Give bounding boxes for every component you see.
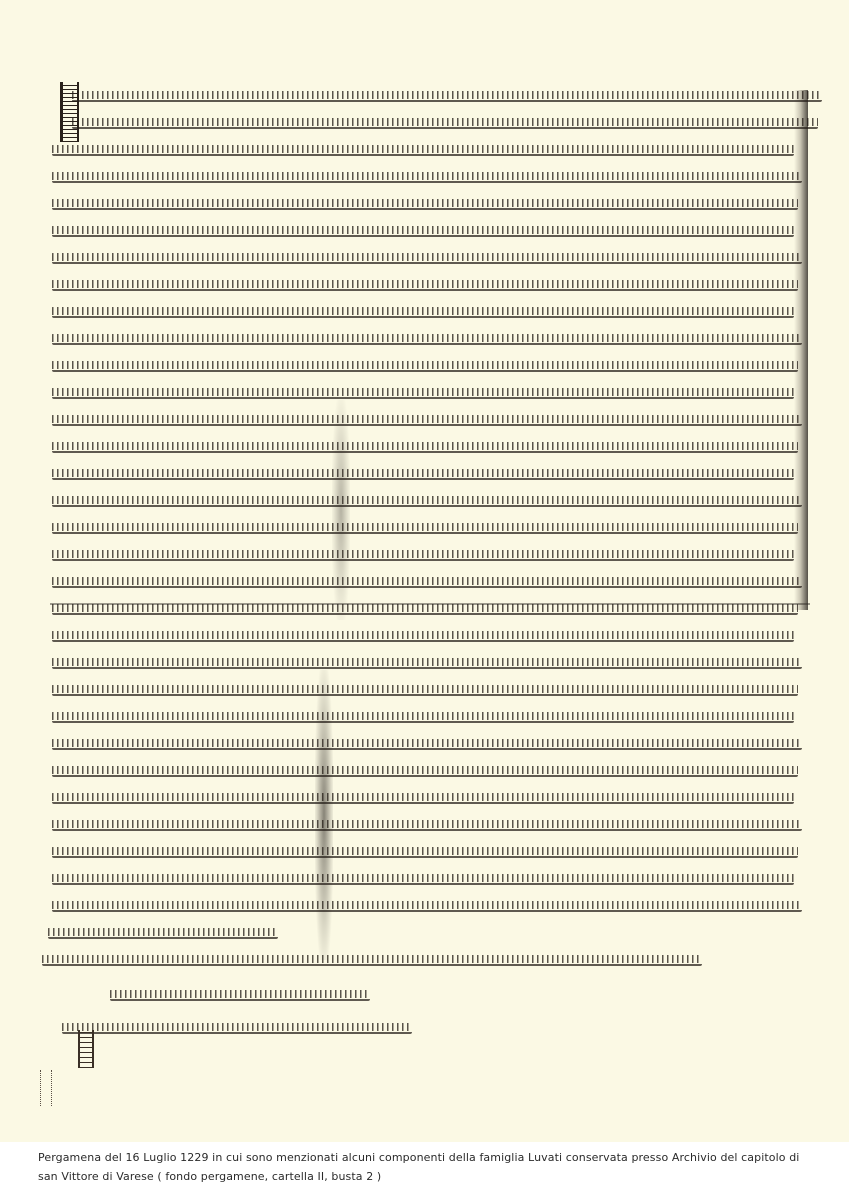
handwritten-line [48, 927, 278, 939]
handwritten-line [52, 819, 802, 831]
handwritten-line [72, 117, 818, 129]
handwritten-line [52, 144, 794, 156]
parchment-image [40, 70, 808, 1080]
manuscript-plate [0, 0, 849, 1142]
handwritten-line [42, 954, 702, 966]
handwritten-line [52, 738, 802, 750]
handwritten-line [52, 684, 798, 696]
handwritten-line [52, 252, 802, 264]
handwritten-line [52, 468, 794, 480]
handwritten-line [52, 495, 802, 507]
handwritten-line [52, 846, 798, 858]
handwritten-line [52, 711, 794, 723]
handwritten-line [52, 522, 798, 534]
handwritten-line [52, 657, 802, 669]
image-caption: Pergamena del 16 Luglio 1229 in cui sono… [38, 1148, 818, 1186]
handwritten-line [52, 900, 802, 912]
notary-signum [40, 1070, 52, 1106]
handwritten-line [52, 387, 794, 399]
notary-signum [78, 1030, 94, 1068]
handwritten-line [52, 171, 802, 183]
handwritten-line [52, 198, 798, 210]
handwritten-line [52, 873, 794, 885]
handwritten-line [52, 414, 802, 426]
handwritten-line [52, 333, 802, 345]
handwritten-line [52, 765, 798, 777]
handwritten-line [52, 630, 794, 642]
handwritten-line [52, 792, 794, 804]
handwritten-line [52, 549, 794, 561]
handwritten-line [52, 441, 798, 453]
handwritten-line [52, 360, 798, 372]
handwritten-line [52, 576, 802, 588]
handwritten-line [52, 306, 794, 318]
handwritten-line [72, 90, 822, 102]
handwritten-line [52, 225, 794, 237]
handwritten-line [62, 1022, 412, 1034]
handwritten-line [52, 603, 798, 615]
handwritten-line [110, 989, 370, 1001]
handwritten-line [52, 279, 798, 291]
